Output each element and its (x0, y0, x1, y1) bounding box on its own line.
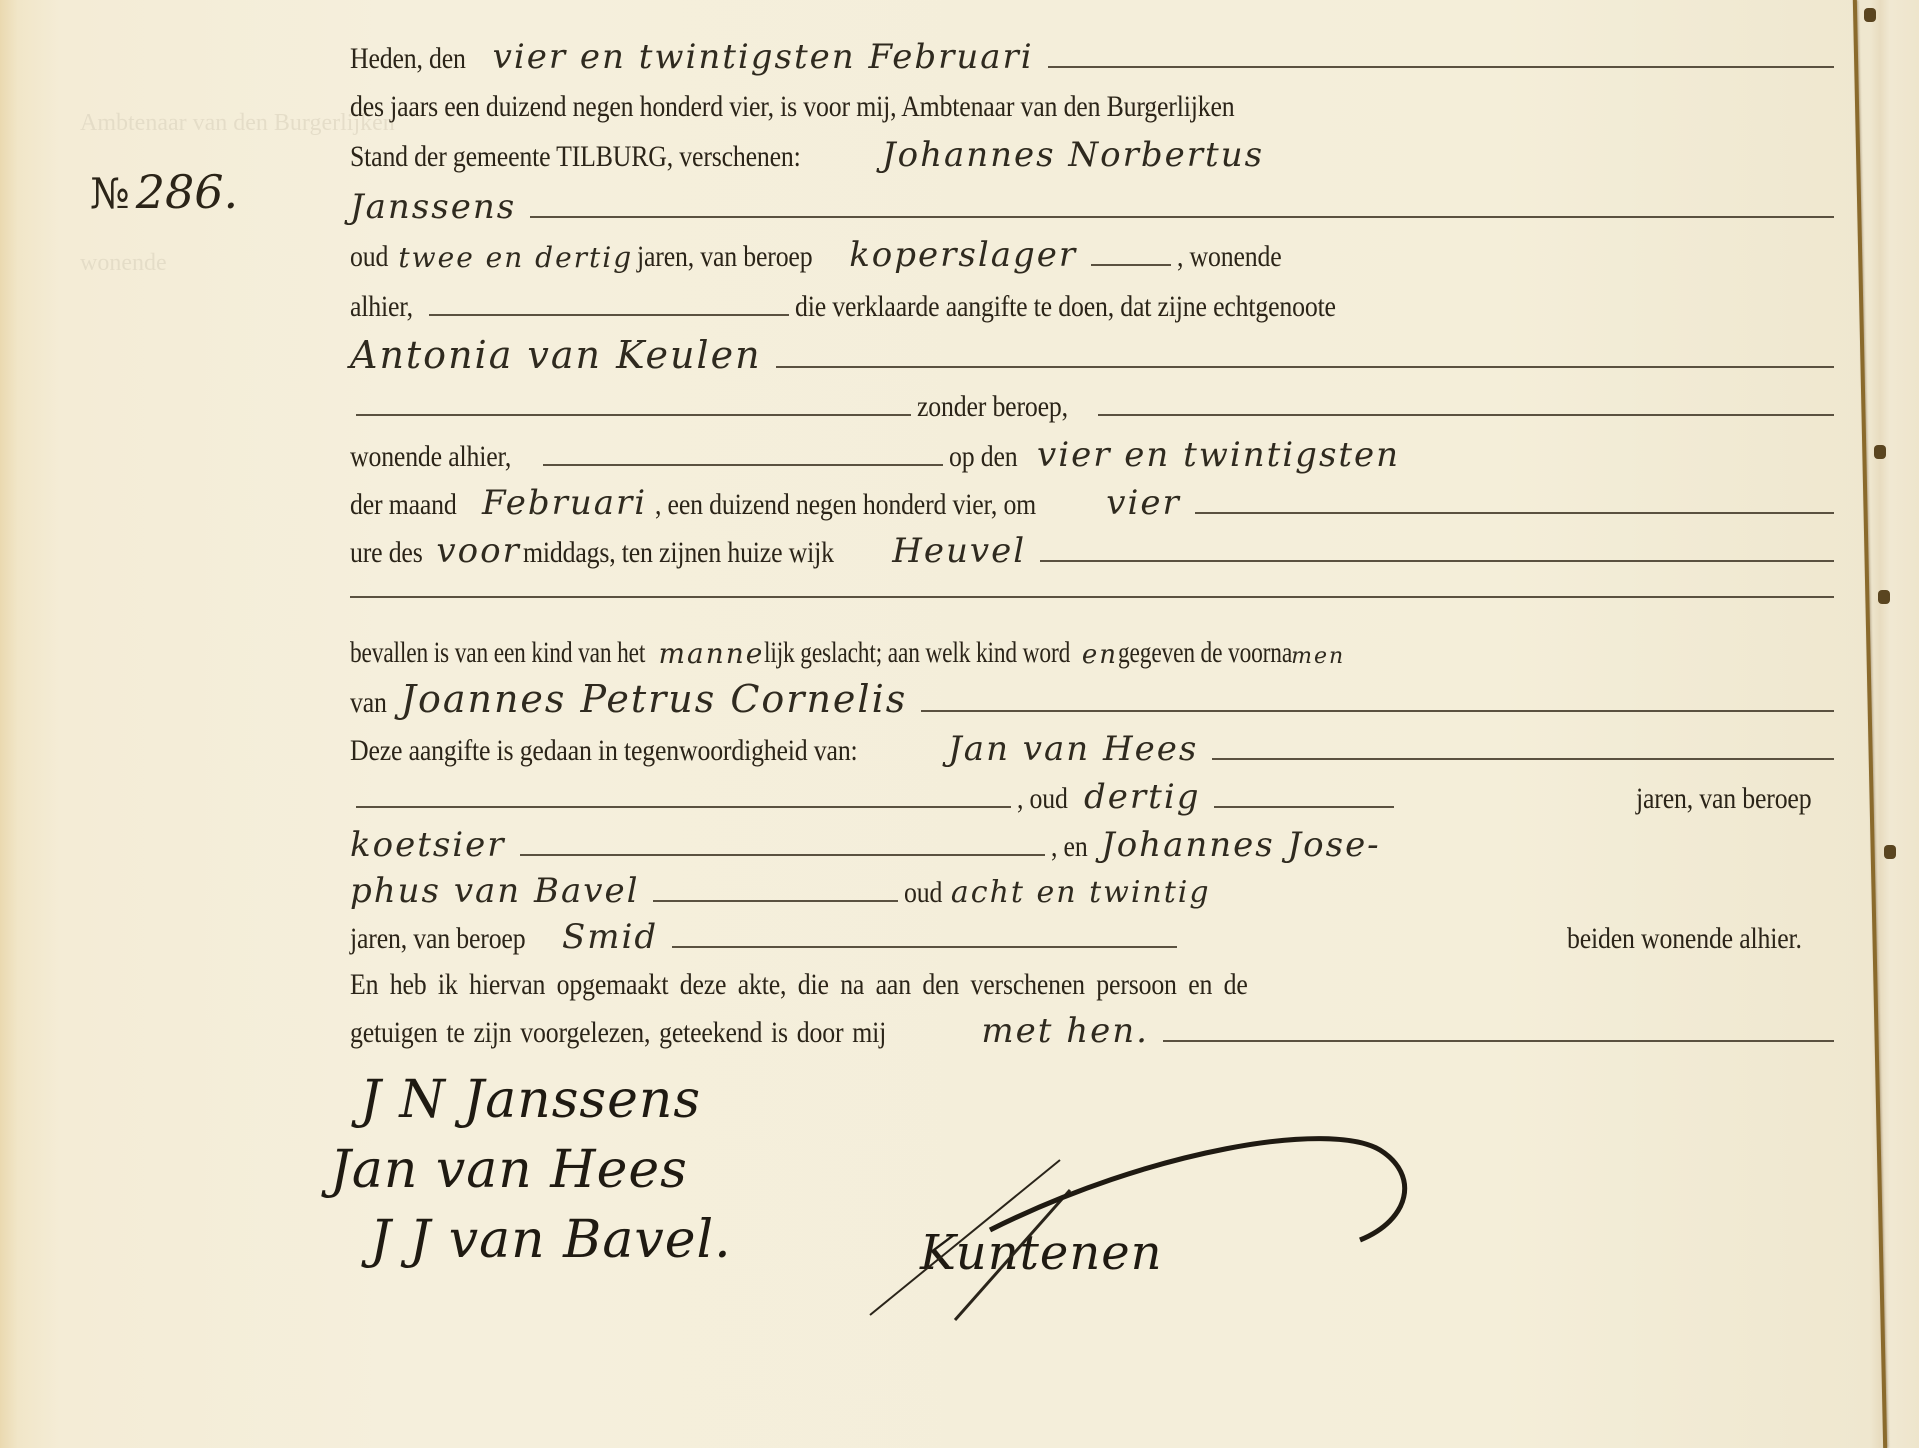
printed-text: Heden, den (350, 44, 466, 74)
handwritten-declarant-name: Johannes Norbertus (882, 138, 1264, 172)
printed-text: beiden wonende alhier. (1567, 924, 1802, 954)
signature-registrar: Kuntenen (920, 1225, 1163, 1281)
form-line-residence: alhier, die verklaarde aangifte te doen,… (350, 278, 1840, 322)
form-line-closing-1: En heb ik hiervan opgemaakt deze akte, d… (350, 956, 1840, 1000)
printed-text: van (350, 688, 387, 718)
fill-rule (530, 216, 1834, 218)
handwritten-birth-day: vier en twintigsten (1037, 438, 1400, 472)
printed-text: jaren, van beroep (637, 242, 812, 272)
bleed-through-text: Ambtenaar van den Burgerlijken (80, 110, 395, 137)
fill-rule (350, 596, 1834, 598)
printed-text: , oud (1017, 784, 1068, 814)
handwritten-witness-1-occupation: koetsier (350, 828, 506, 862)
printed-text: bevallen is van een kind van het (350, 638, 645, 668)
fill-rule (1214, 806, 1394, 808)
fill-rule (776, 366, 1834, 368)
printed-text: lijk geslacht; aan welk kind word (764, 638, 1070, 668)
printed-text: getuigen te zijn voorgelezen, geteekend … (350, 1018, 886, 1048)
handwritten-date: vier en twintigsten Februari (493, 40, 1034, 74)
bleed-through-text: wonende (80, 250, 167, 277)
handwritten-birth-hour: vier (1106, 486, 1180, 520)
printed-text: alhier, (350, 292, 413, 322)
book-spine (1853, 0, 1887, 1448)
printed-text: Deze aangifte is gedaan in tegenwoordigh… (350, 736, 858, 766)
form-line-birth-month: der maand Februari , een duizend negen h… (350, 476, 1840, 520)
form-line-witness-1: Deze aangifte is gedaan in tegenwoordigh… (350, 722, 1840, 766)
printed-text: , en (1051, 832, 1088, 862)
form-line-mother: Antonia van Keulen (350, 330, 1840, 374)
form-line-age-occupation: oud twee en dertig jaren, van beroep kop… (350, 228, 1840, 272)
fill-rule (921, 710, 1834, 712)
printed-text: , een duizend negen honderd vier, om (655, 490, 1036, 520)
fill-rule (1091, 264, 1171, 266)
act-number-value: 286. (136, 165, 238, 219)
fill-rule (1163, 1040, 1834, 1042)
act-number: №286. (90, 165, 238, 219)
handwritten-witness-2-age: acht en twintig (951, 878, 1211, 908)
binding-stitch (1864, 8, 1876, 22)
form-line-date: Heden, den vier en twintigsten Februari (350, 30, 1840, 74)
form-line-child-name: van Joannes Petrus Cornelis (350, 674, 1840, 718)
fill-rule (1195, 512, 1834, 514)
numero-sign: № (90, 169, 130, 218)
fill-rule (543, 464, 943, 466)
handwritten-witness-2-occupation: Smid (562, 920, 658, 954)
printed-text: , wonende (1177, 242, 1281, 272)
signature-witness-2: J J van Bavel. (370, 1210, 732, 1270)
signature-declarant: J N Janssens (360, 1070, 701, 1130)
signature-witness-1: Jan van Hees (330, 1140, 688, 1200)
fill-rule (356, 414, 911, 416)
printed-text: jaren, van beroep (350, 924, 525, 954)
printed-text: oud (904, 878, 942, 908)
fill-rule (429, 314, 789, 316)
printed-text: die verklaarde aangifte te doen, dat zij… (795, 292, 1336, 322)
handwritten-witness-1-name: Jan van Hees (948, 732, 1198, 766)
fill-rule (1048, 66, 1834, 68)
form-line-mother-occupation: zonder beroep, (350, 378, 1840, 422)
fill-rule (1098, 414, 1834, 416)
fill-rule (1212, 758, 1834, 760)
handwritten-witness-2-name: Johannes Jose- (1101, 828, 1381, 862)
form-line-blank (350, 560, 1840, 604)
form-line-closing-2: getuigen te zijn voorgelezen, geteekend … (350, 1004, 1840, 1048)
handwritten-suffix: en (1082, 642, 1118, 668)
fill-rule (653, 900, 898, 902)
printed-text: op den (949, 442, 1017, 472)
printed-text: zonder beroep, (917, 392, 1068, 422)
printed-text: gegeven de voorna (1118, 638, 1292, 668)
form-line-appeared: Stand der gemeente TILBURG, verschenen: … (350, 128, 1840, 172)
handwritten-birth-month: Februari (482, 486, 647, 520)
form-line-birth-date: wonende alhier, op den vier en twintigst… (350, 428, 1840, 472)
handwritten-mother-name: Antonia van Keulen (350, 336, 762, 374)
printed-text: der maand (350, 490, 457, 520)
form-line-witness-2-occupation: jaren, van beroep Smid beiden wonende al… (350, 910, 1840, 954)
handwritten-sex: manne (658, 640, 764, 668)
handwritten-age: twee en dertig (398, 244, 633, 272)
form-line-witness-1-age: , oud dertig jaren, van beroep (350, 770, 1840, 814)
printed-text: wonende alhier, (350, 442, 511, 472)
handwritten-witness-1-age: dertig (1084, 780, 1200, 814)
form-line-witness-2-age: phus van Bavel oud acht en twintig (350, 864, 1840, 908)
form-line-year: des jaars een duizend negen honderd vier… (350, 78, 1840, 122)
binding-stitch (1878, 590, 1890, 604)
handwritten-declarant-surname: Janssens (350, 190, 516, 224)
fill-rule (356, 806, 1011, 808)
binding-stitch (1874, 445, 1886, 459)
printed-text: des jaars een duizend negen honderd vier… (350, 92, 1234, 122)
printed-text: oud (350, 242, 388, 272)
printed-text: En heb ik hiervan opgemaakt deze akte, d… (350, 970, 1248, 1000)
handwritten-occupation: koperslager (849, 238, 1077, 272)
handwritten-suffix: men (1291, 646, 1345, 668)
fill-rule (520, 854, 1045, 856)
form-line-surname: Janssens (350, 180, 1840, 224)
form-line-witness-2: koetsier , en Johannes Jose- (350, 818, 1840, 862)
printed-text: jaren, van beroep (1636, 784, 1811, 814)
fill-rule (672, 946, 1177, 948)
binding-stitch (1884, 845, 1896, 859)
form-line-sex: bevallen is van een kind van het manne l… (350, 624, 1840, 668)
handwritten-witness-2-surname: phus van Bavel (350, 874, 639, 908)
handwritten-signed-with: met hen. (981, 1014, 1149, 1048)
printed-text: Stand der gemeente TILBURG, verschenen: (350, 142, 801, 172)
handwritten-child-name: Joannes Petrus Cornelis (401, 680, 908, 718)
